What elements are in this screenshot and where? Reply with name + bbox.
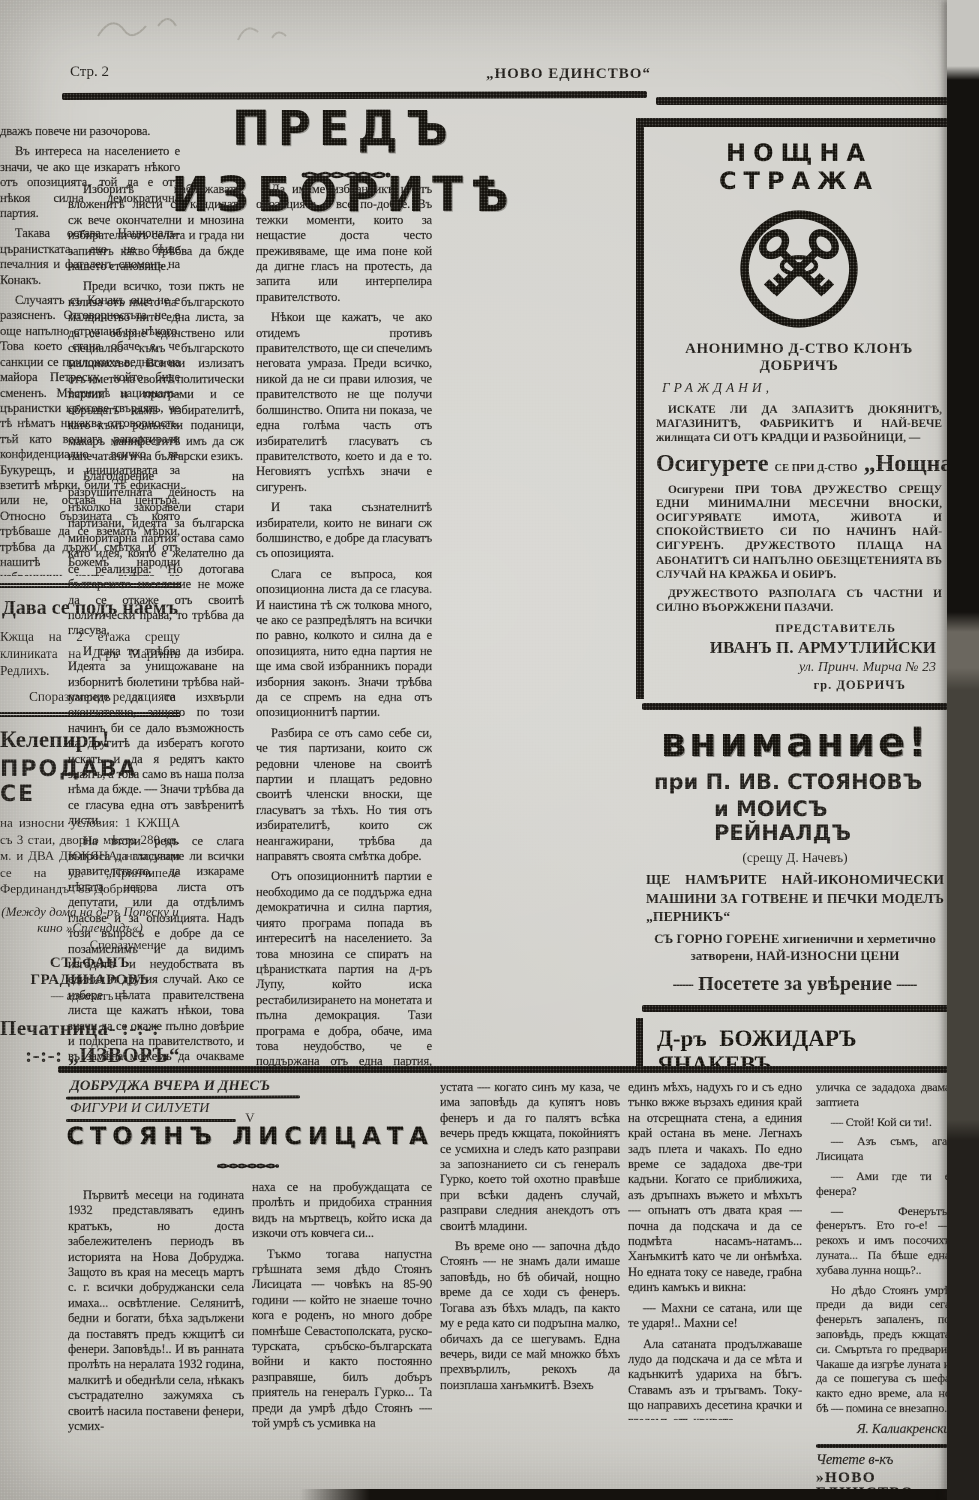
ad-paragraph: ИСКАТЕ ЛИ ДА ЗАПАЗИТѢ ДЮКЯНИТѢ, МАГАЗИНИ… — [656, 403, 942, 446]
feature-col1: Първитѣ месеци на годината 1932 представ… — [68, 1188, 244, 1478]
paragraph: — Ами где ти е фенера? — [816, 1169, 950, 1199]
paragraph: — Стой! Кой си ти!. — [816, 1115, 950, 1130]
representative-city: гр. ДОБРИЧЪ — [656, 678, 906, 693]
paragraph: Благодарение на разрушителната дейность … — [68, 469, 244, 638]
masthead: „НОВО ЕДИНСТВО“ — [486, 66, 651, 83]
representative-block: ПРЕДСТАВИТЕЛЬ ИВАНЪ П. АРМУТЛИЙСКИ ул. П… — [656, 621, 936, 693]
ad-separator-bar — [642, 703, 948, 710]
paragraph: уличка се зададоха двама заптиета — [816, 1080, 950, 1110]
right-ad-column: НОЩНА СТРАЖА АНОНИМНО Д-СТВО КЛОНЪ ДОБРИ… — [636, 118, 948, 1068]
doctor-name: Д-ръ БОЖИДАРЪ ЯНАКЕВЪ — [657, 1026, 946, 1068]
paragraph: Въ време оно — започна дѣдо Стоянъ — не … — [440, 1239, 620, 1393]
paragraph: Да имаме избранникъ и отъ опозицията е в… — [256, 182, 432, 305]
ad-paragraph: ДРУЖЕСТВОТО РАЗПОЛАГА СЪ ЧАСТНИ И СИЛНО … — [656, 587, 942, 615]
ad-footer: — Посетете за увѣрение — — [646, 973, 944, 996]
paragraph: наха се на пробуждащата се пролѣть и при… — [252, 1180, 432, 1242]
feature-col3: устата — когато синъ му каза, че има зап… — [440, 1080, 620, 1410]
representative-address: ул. Принч. Мирча № 23 — [656, 660, 936, 676]
salutation: ГРАЖДАНИ, — [662, 380, 942, 396]
braid-ornament — [216, 1160, 280, 1172]
feature-col4: единъ мѣхъ, надухъ го и съ едно тънко вж… — [628, 1080, 802, 1420]
ad-body: СЪ ГОРНО ГОРЕНЕ хигиенични и херметично … — [646, 930, 944, 965]
bottom-scan-band — [300, 1489, 979, 1500]
feature-col5: уличка се зададоха двама заптиета— Стой!… — [816, 1080, 950, 1480]
paragraph: Преди всичко, този пжть не излиза отъ им… — [68, 279, 244, 464]
crossed-keys-logo-icon — [735, 205, 863, 333]
promo-read-label: Четете в-къ — [816, 1453, 950, 1468]
page-edge-shadow — [947, 0, 979, 1500]
ad-note: (срещу Д. Начевъ) — [646, 850, 944, 866]
representative-name: ИВАНЪ П. АРМУТЛИЙСКИ — [656, 638, 936, 658]
paragraph: Изборитѣ наближаватъ, вложенитѣ листи съ… — [68, 182, 244, 274]
paragraph: На втори редъ се слага въпроса да гласув… — [68, 834, 244, 1066]
paragraph: единъ мѣхъ, надухъ го и съ едно тънко вж… — [628, 1080, 802, 1296]
paragraph: устата — когато синъ му каза, че има зап… — [440, 1080, 620, 1234]
paragraph: Ала сатаната продължаваше лудо да подска… — [628, 1337, 802, 1421]
ad-separator-bar — [642, 1005, 948, 1012]
paragraph: — Махни се сатана, или ще те ударя!.. Ма… — [628, 1301, 802, 1332]
insure-small-text: СЕ ПРИ Д-СТВО — [775, 463, 858, 474]
ad-attention: внимание! при П. ИВ. СТОЯНОВЪ и МОИСЪ РЕ… — [636, 716, 948, 996]
header-rule-right — [656, 97, 948, 105]
insure-brand: „Нощна стража“ — [864, 451, 948, 478]
newspaper-page: Стр. 2 „НОВО ЕДИНСТВО“ ПРЕДЪ ИЗБОРИТѢ Из… — [0, 0, 979, 1500]
rubric-series: ДОБРУДЖА ВЧЕРА И ДНЕСЪ — [70, 1078, 270, 1095]
ad-night-watch: НОЩНА СТРАЖА АНОНИМНО Д-СТВО КЛОНЪ ДОБРИ… — [636, 118, 948, 699]
author-signature: Я. Калиакренски — [816, 1422, 950, 1437]
advertiser-line1: при П. ИВ. СТОЯНОВЪ — [654, 770, 944, 794]
paragraph: И така то трѣбва да избира. Идеята за ун… — [68, 644, 244, 829]
rubric-underline — [66, 1095, 300, 1099]
paragraph: И така съзнателнитѣ избиратели, които не… — [256, 500, 432, 562]
paragraph: Но дѣдо Стоянъ умрѣ преди да види сега ф… — [816, 1283, 950, 1416]
pencil-marks — [88, 6, 348, 58]
paragraph: Първитѣ месеци на годината 1932 представ… — [68, 1188, 244, 1435]
ad-doctor: Д-ръ БОЖИДАРЪ ЯНАКЕВЪ СПЕЦИАЛИЗИРАНЪ ПО … — [636, 1018, 948, 1068]
feature-col2: наха се на пробуждащата се пролѣть и при… — [252, 1180, 432, 1480]
paragraph: Отъ опозиционнитѣ партии е необходимо да… — [256, 869, 432, 1066]
lead-article-col1: Изборитѣ наближаватъ, вложенитѣ листи съ… — [68, 182, 244, 1066]
advertiser-line2: и МОИСЪ РЕЙНАЛДЪ — [714, 797, 944, 845]
paragraph: Нѣкои ще кажатъ, че ако отидемъ противъ … — [256, 310, 432, 495]
section-separator — [58, 1066, 950, 1073]
ad-title: внимание! — [646, 720, 944, 766]
page-number: Стр. 2 — [70, 64, 109, 81]
ad-paragraph: Осигурени ПРИ ТОВА ДРУЖЕСТВО СРЕЩУ ЕДНИ … — [656, 483, 942, 582]
promo-rule — [816, 1444, 950, 1448]
ad-title: НОЩНА СТРАЖА — [656, 139, 942, 195]
feature-title: СТОЯНЪ ЛИСИЦАТА — [64, 1122, 436, 1150]
ad-body: ЩЕ НАМѢРИТЕ НАЙ-ИКОНОМИЧЕСКИ МАШИНИ ЗА Г… — [646, 871, 944, 927]
paragraph: Тъкмо тогава напустна грѣшната земя дѣдо… — [252, 1247, 432, 1432]
paragraph: — Азъ съмъ, ага. Лисицата — [816, 1134, 950, 1164]
paragraph: Слага се въпроса, коя опозиционна листа … — [256, 567, 432, 721]
paragraph: — Фенерътъ, фенерътъ. Ето го-е! — рекохъ… — [816, 1204, 950, 1278]
insure-line: Осигурете СЕ ПРИ Д-СТВО „Нощна стража“ — [656, 451, 942, 478]
lead-article-col2: Да имаме избранникъ и отъ опозицията е в… — [256, 182, 432, 1066]
insure-word: Осигурете — [656, 451, 769, 478]
representative-label: ПРЕДСТАВИТЕЛЬ — [656, 621, 896, 636]
braid-ornament — [300, 168, 392, 182]
feature-col5-text: уличка се зададоха двама заптиета— Стой!… — [816, 1080, 950, 1416]
paragraph: Разбира се отъ само себе си, че тия парт… — [256, 726, 432, 865]
society-name: АНОНИМНО Д-СТВО КЛОНЪ ДОБРИЧЪ — [656, 341, 942, 375]
